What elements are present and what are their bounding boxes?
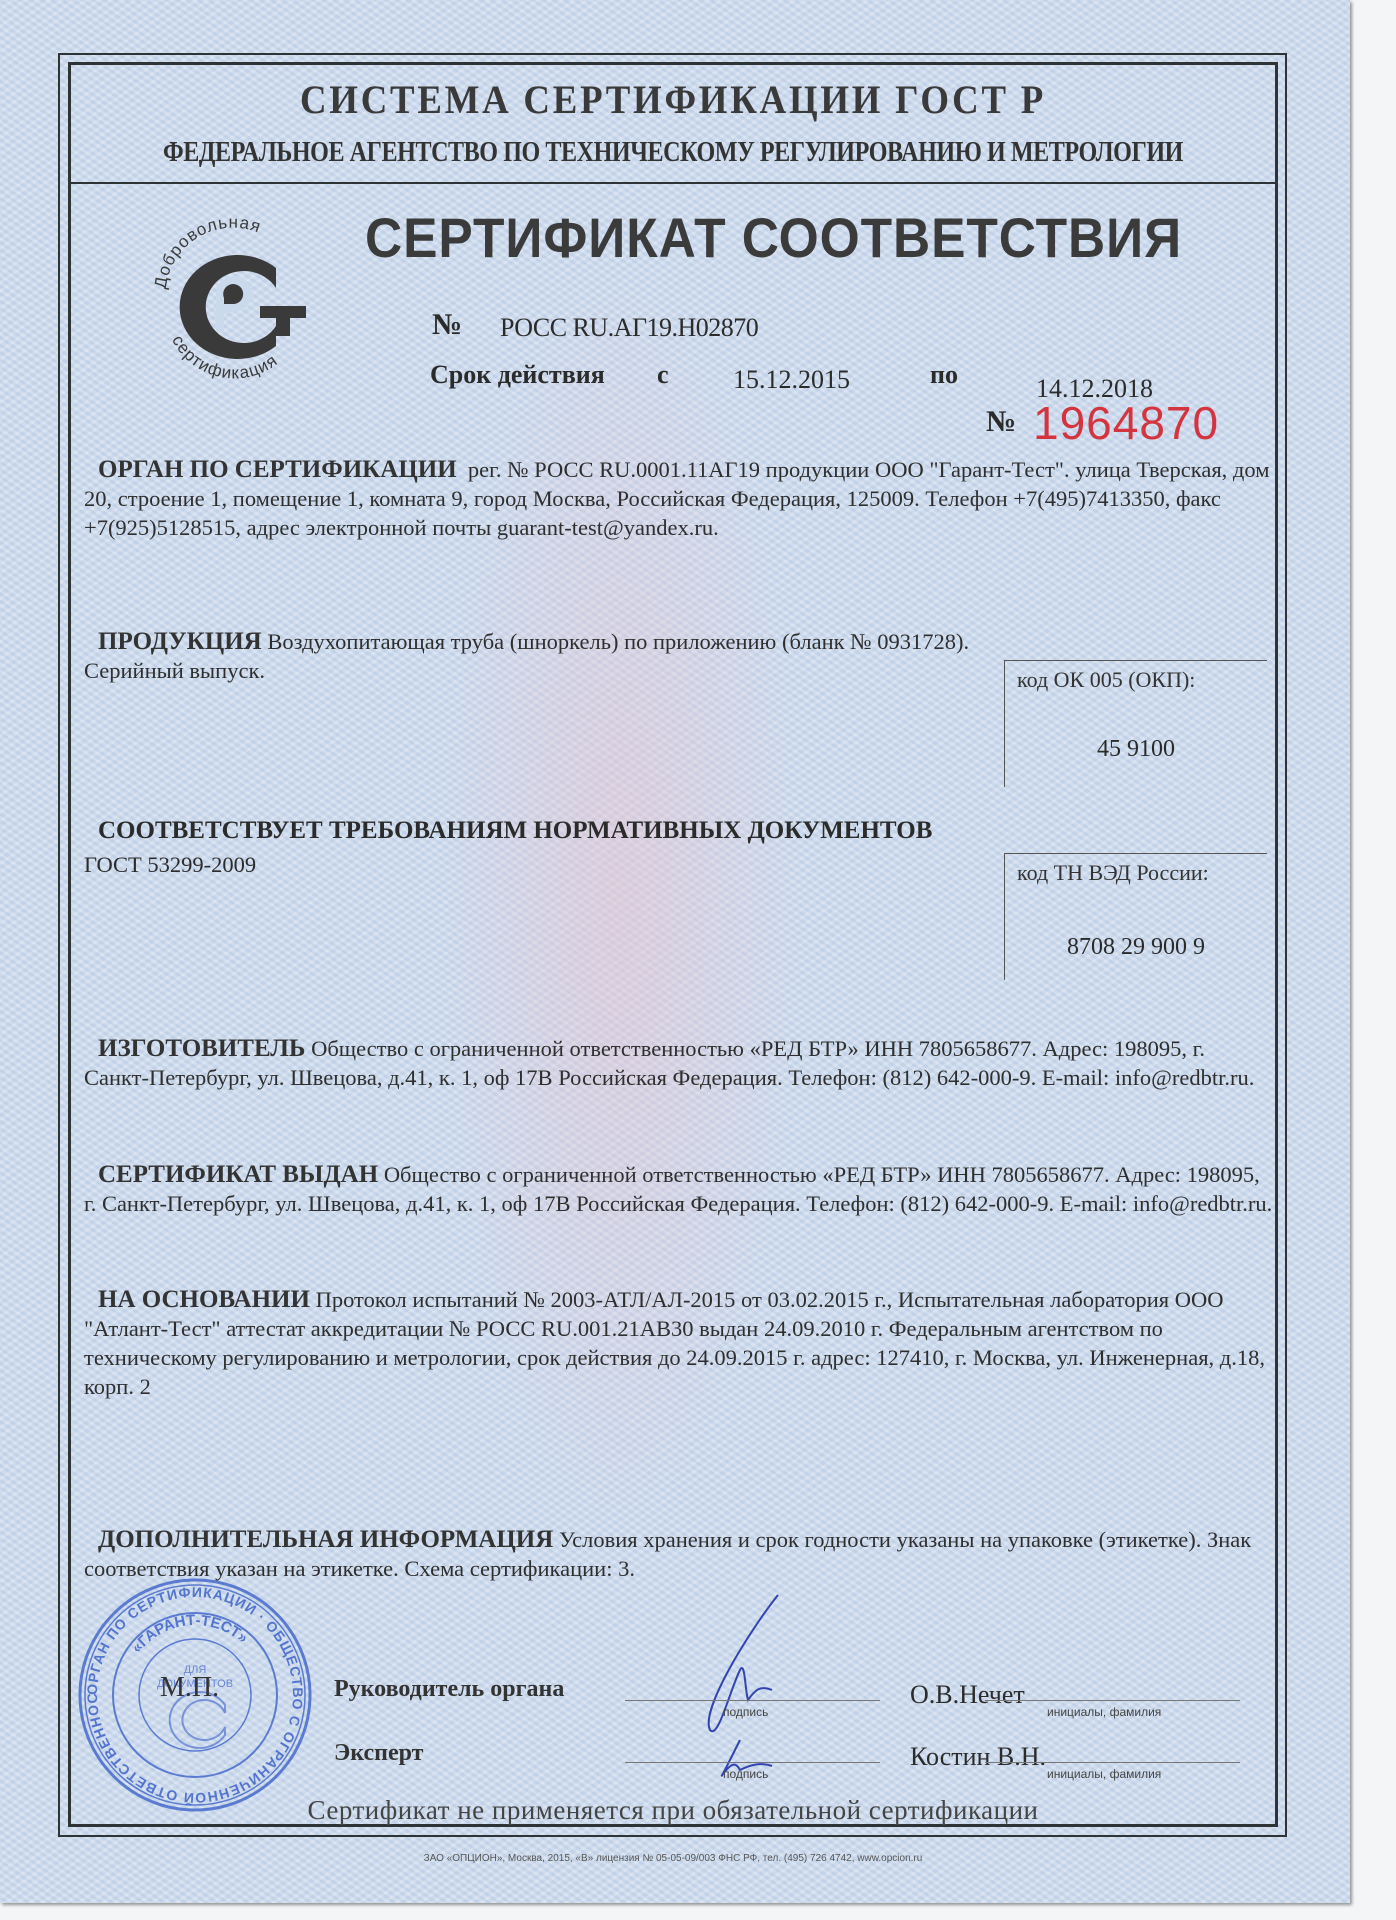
signature-scribble-icon [660, 1590, 820, 1790]
conformity-heading: СООТВЕТСТВУЕТ ТРЕБОВАНИЯМ НОРМАТИВНЫХ ДО… [98, 817, 932, 845]
okp-label: код ОК 005 (ОКП): [1017, 667, 1195, 693]
conformity-standard: ГОСТ 53299-2009 [84, 852, 256, 878]
validity-to-label: по [930, 360, 958, 390]
expert-role-label: Эксперт [334, 1740, 423, 1767]
blank-number: 1964870 [1033, 396, 1219, 450]
header-divider [68, 182, 1278, 184]
certificate-paper: СИСТЕМА СЕРТИФИКАЦИИ ГОСТ Р ФЕДЕРАЛЬНОЕ … [0, 0, 1350, 1903]
head-name: О.В.Нечет [910, 1680, 1025, 1710]
head-role-label: Руководитель органа [334, 1676, 564, 1703]
system-title: СИСТЕМА СЕРТИФИКАЦИИ ГОСТ Р [116, 76, 1229, 123]
valid-from-date: 15.12.2015 [733, 365, 850, 395]
validity-label: Срок действия [430, 360, 605, 390]
manufacturer-heading: ИЗГОТОВИТЕЛЬ [98, 1035, 305, 1062]
okp-value: 45 9100 [1005, 736, 1267, 763]
blank-number-sign: № [986, 405, 1016, 439]
head-name-line [985, 1700, 1240, 1701]
expert-name-caption: инициалы, фамилия [1047, 1767, 1161, 1781]
issued-to-section: СЕРТИФИКАТ ВЫДАН Общество с ограниченной… [84, 1160, 1274, 1218]
rst-voluntary-certification-logo-icon: Добровольная сертификация [148, 218, 318, 386]
tnved-code-box: код ТН ВЭД России: 8708 29 900 9 [1004, 853, 1267, 980]
organ-section: ОРГАН ПО СЕРТИФИКАЦИИ рег. № РОСС RU.000… [84, 455, 1274, 542]
footer-note: Сертификат не применяется при обязательн… [68, 1795, 1278, 1826]
tnved-value: 8708 29 900 9 [1005, 934, 1267, 961]
printer-imprint: ЗАО «ОПЦИОН», Москва, 2015, «В» лицензия… [68, 1853, 1278, 1864]
expert-signature-line [625, 1762, 880, 1763]
certificate-title: СЕРТИФИКАТ СООТВЕТСТВИЯ [365, 205, 1182, 270]
head-signature-line [625, 1700, 880, 1701]
organ-heading: ОРГАН ПО СЕРТИФИКАЦИИ [98, 456, 457, 483]
product-heading: ПРОДУКЦИЯ [98, 628, 262, 655]
expert-name: Костин В.Н. [910, 1742, 1046, 1772]
issued-to-heading: СЕРТИФИКАТ ВЫДАН [98, 1161, 378, 1188]
basis-section: НА ОСНОВАНИИ Протокол испытаний № 2003-А… [84, 1285, 1274, 1401]
stamp-place-label: М.П. [160, 1672, 219, 1704]
product-section: ПРОДУКЦИЯ Воздухопитающая труба (шноркел… [84, 627, 984, 685]
head-name-caption: инициалы, фамилия [1047, 1705, 1161, 1719]
head-signature-caption: подпись [723, 1705, 768, 1719]
okp-code-box: код ОК 005 (ОКП): 45 9100 [1004, 660, 1267, 787]
basis-heading: НА ОСНОВАНИИ [98, 1286, 310, 1313]
expert-name-line [985, 1762, 1240, 1763]
additional-info-heading: ДОПОЛНИТЕЛЬНАЯ ИНФОРМАЦИЯ [98, 1526, 553, 1553]
certificate-number: РОСС RU.АГ19.Н02870 [500, 313, 758, 343]
number-sign: № [432, 308, 462, 342]
expert-signature-caption: подпись [723, 1767, 768, 1781]
validity-from-label: с [657, 360, 669, 390]
agency-name: ФЕДЕРАЛЬНОЕ АГЕНТСТВО ПО ТЕХНИЧЕСКОМУ РЕ… [153, 137, 1194, 169]
tnved-label: код ТН ВЭД России: [1017, 860, 1209, 886]
manufacturer-section: ИЗГОТОВИТЕЛЬ Общество с ограниченной отв… [84, 1034, 1274, 1092]
svg-text:«ГАРАНТ-ТЕСТ»: «ГАРАНТ-ТЕСТ» [128, 1612, 251, 1656]
